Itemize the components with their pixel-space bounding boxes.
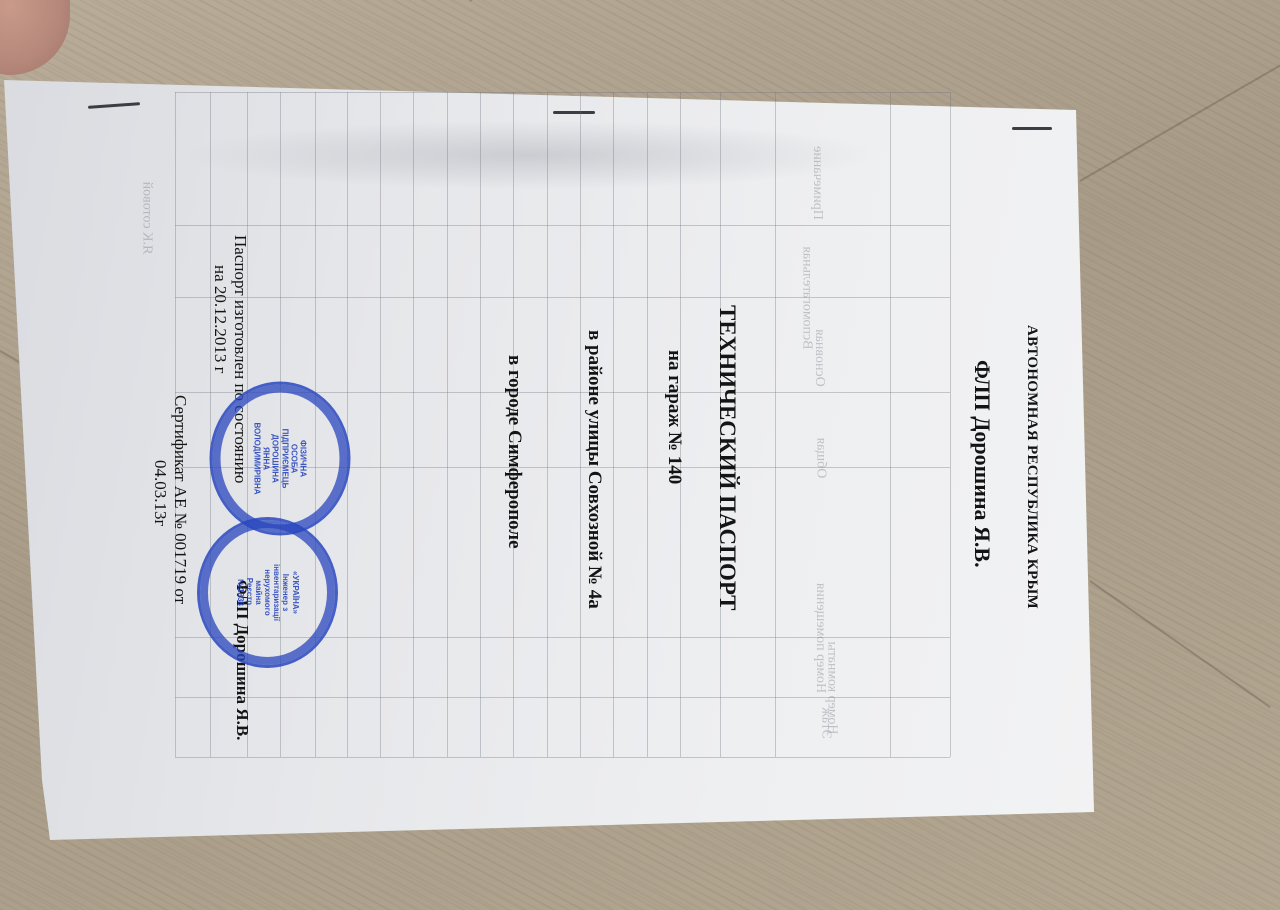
- signatory-name: ФЛП Дорошина Я.В.: [232, 580, 252, 740]
- inventory-engineer-seal-stamp: «УКРАЇНА» Інженер з інвентаризації нерух…: [197, 517, 338, 668]
- floor-plank-seam: [469, 0, 654, 2]
- certificate-number: Сертификат АЕ № 001719 от: [170, 395, 190, 604]
- garage-number: на гараж № 140: [663, 350, 685, 484]
- entrepreneur-seal-stamp: ФІЗИЧНА ОСОБА ПІДПРИЄМЕЦЬ ДОРОШИНА ЯННА …: [210, 382, 351, 536]
- prepared-statement: Паспорт изготовлен по состоянию: [230, 235, 250, 483]
- finger-in-frame: [0, 0, 70, 75]
- show-through-text: Вспомогательная: [799, 246, 815, 349]
- show-through-text: Общая: [812, 438, 828, 479]
- printed-table-grid: [175, 92, 950, 757]
- paper-crease-shadow: [180, 120, 880, 190]
- staple-right: [1012, 127, 1052, 130]
- city-address: в городе Симферополе: [503, 355, 525, 549]
- show-through-text: Основная: [811, 329, 827, 387]
- staple-left: [88, 102, 140, 109]
- show-through-text: Примечание: [809, 146, 825, 220]
- show-through-text: Номер помещения: [812, 583, 828, 693]
- street-address: в районе улицы Совхозной № 4а: [583, 330, 605, 609]
- prepared-date: на 20.12.2013 г: [210, 265, 230, 374]
- document-title: ТЕХНИЧЕСКИЙ ПАСПОРТ: [714, 305, 740, 611]
- certificate-date: 04.03.13г: [150, 460, 170, 526]
- staple-middle: [553, 111, 595, 114]
- document-text-layer: АВТОНОМНАЯ РЕСПУБЛИКА КРЫМ ФЛП Дорошина …: [160, 105, 1060, 805]
- floor-plank-seam: [0, 350, 52, 382]
- paper-surface: [0, 0, 1280, 910]
- show-through-text: Я.К сотовой: [138, 182, 154, 255]
- show-through-text: Этаж: [818, 707, 834, 738]
- document-sheet: Примечание Вспомогательная Основная Обща…: [0, 0, 1280, 910]
- region-header: АВТОНОМНАЯ РЕСПУБЛИКА КРЫМ: [1023, 325, 1040, 609]
- organization-header: ФЛП Дорошина Я.В.: [969, 360, 995, 568]
- floor-plank-seam: [1089, 580, 1270, 708]
- floor-plank-seam: [1080, 50, 1280, 182]
- show-through-text: Номер комнаты: [823, 642, 839, 735]
